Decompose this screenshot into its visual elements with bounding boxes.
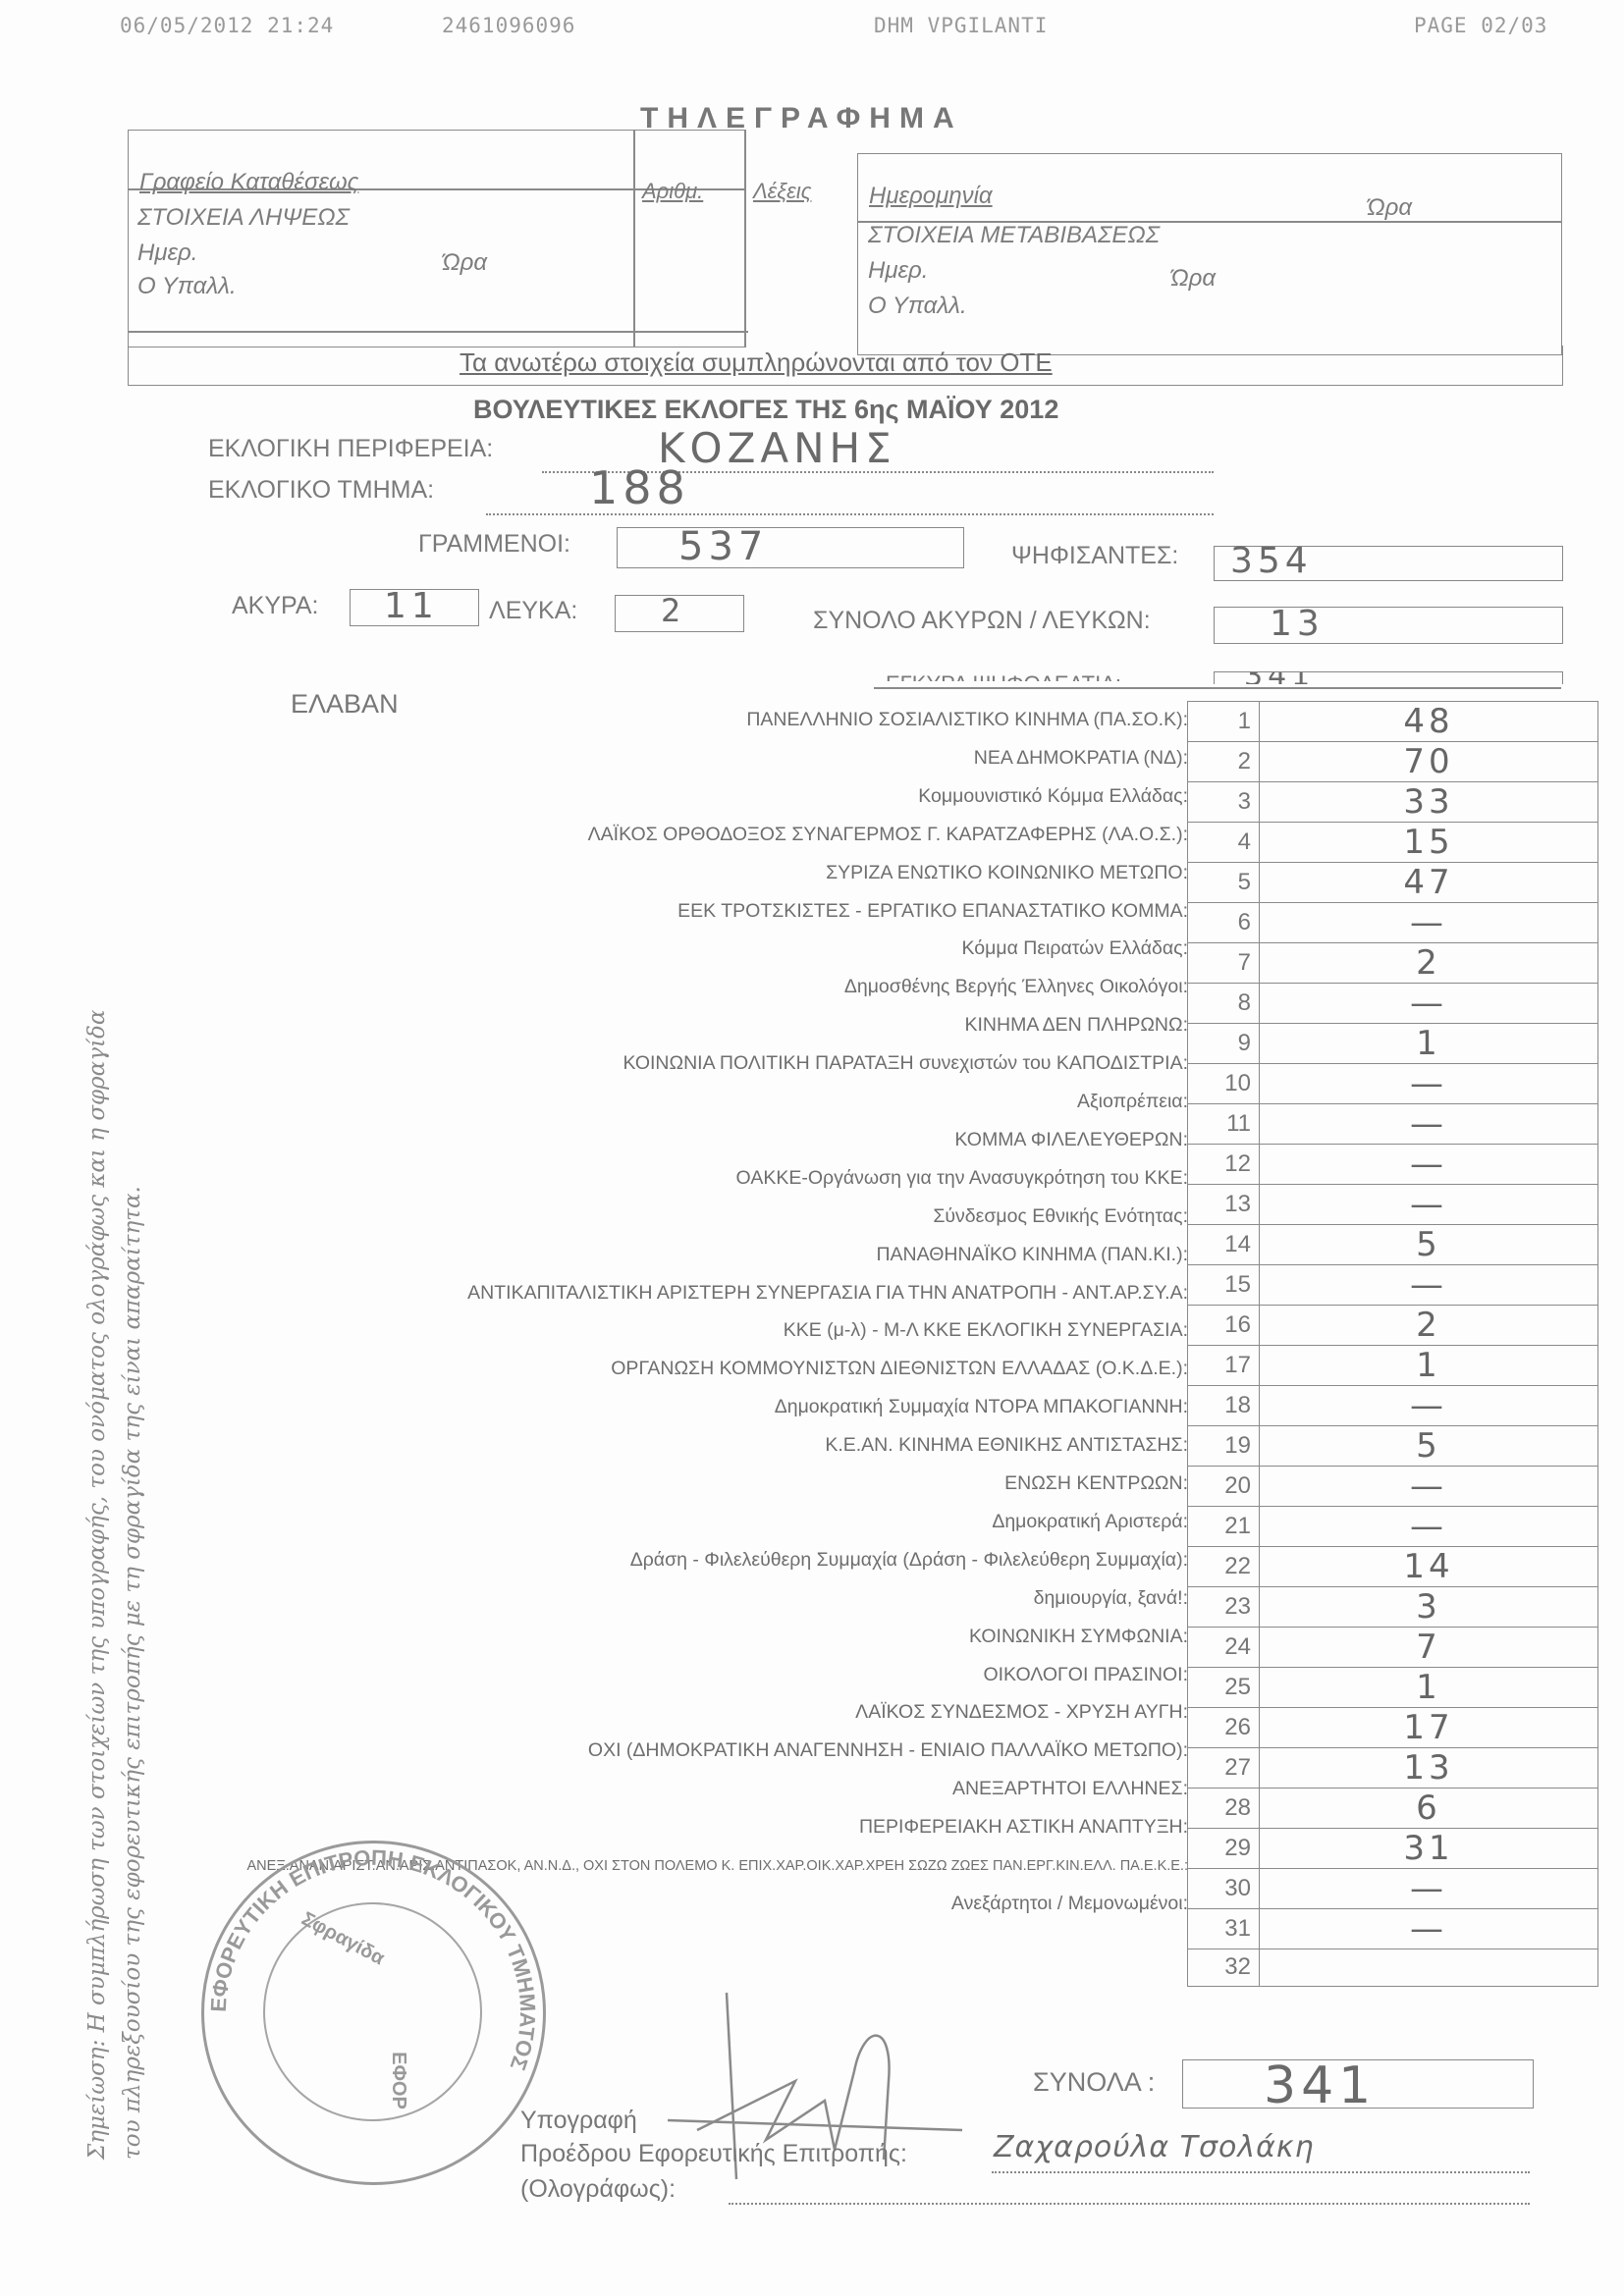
invalid-value: 11 [384,586,439,626]
party-votes[interactable]: 2 [1260,1306,1598,1346]
party-votes[interactable]: 7 [1260,1628,1598,1668]
valid-value: 341 [1244,671,1315,684]
fax-sender: DHM VPGILANTI [874,14,1048,37]
invalid-field[interactable]: 11 [350,589,479,626]
transmit-date-label: Ημερ. [868,257,928,285]
president-name-handwritten[interactable]: Ζαχαρούλα Τσολάκη [994,2130,1315,2164]
party-number: 21 [1188,1507,1260,1547]
received-label: ΕΛΑΒΑΝ [291,689,399,720]
totals-field[interactable]: 341 [1182,2059,1534,2109]
table-row: 415 [1188,823,1598,863]
party-name: ΟΑΚΚΕ-Οργάνωση για την Ανασυγκρότηση του… [736,1167,1188,1190]
party-votes[interactable]: — [1260,1185,1598,1225]
registered-field[interactable]: 537 [617,527,964,568]
party-number: 27 [1188,1748,1260,1789]
party-number: 23 [1188,1587,1260,1628]
party-votes[interactable]: — [1260,1507,1598,1547]
transmit-title: ΣΤΟΙΧΕΙΑ ΜΕΤΑΒΙΒΑΣΕΩΣ [868,222,1160,249]
party-number: 18 [1188,1386,1260,1426]
table-row: 30— [1188,1869,1598,1909]
results-table: 1482703334155476—728—9110—11—12—13—14515… [1187,701,1598,1987]
table-row: 21— [1188,1507,1598,1547]
table-row: 15— [1188,1265,1598,1306]
party-number: 31 [1188,1909,1260,1949]
side-note-line-1: Σημείωση: Η συμπλήρωση των στοιχείων της… [84,1010,110,2160]
party-name: ΛΑΪΚΟΣ ΟΡΘΟΔΟΞΟΣ ΣΥΝΑΓΕΡΜΟΣ Γ. ΚΑΡΑΤΖΑΦΕ… [588,824,1188,846]
party-name: ΕΝΩΣΗ ΚΕΝΤΡΩΩΝ: [1004,1472,1188,1495]
party-votes[interactable]: 33 [1260,782,1598,823]
party-number: 32 [1188,1949,1260,1987]
party-votes[interactable]: 5 [1260,1426,1598,1467]
official-stamp: Σφραγίδα ΕΦΟΡ ΕΦΟΡΕΥΤΙΚΗ ΕΠΙΤΡΟΠΗ ΕΚΛΟΓΙ… [201,1841,546,2185]
party-name: ΠΑΝΑΘΗΝΑΪΚΟ ΚΙΝΗΜΑ (ΠΑΝ.ΚΙ.): [876,1244,1188,1266]
blank-field[interactable]: 2 [615,595,744,632]
party-votes[interactable]: 13 [1260,1748,1598,1789]
party-votes[interactable]: — [1260,1145,1598,1185]
party-name: ΛΑΪΚΟΣ ΣΥΝΔΕΣΜΟΣ - ΧΡΥΣΗ ΑΥΓΗ: [855,1701,1188,1724]
party-votes[interactable]: 2 [1260,943,1598,984]
blank-value: 2 [661,592,685,629]
party-number: 2 [1188,742,1260,782]
fax-datetime: 06/05/2012 21:24 [120,14,334,37]
party-number: 11 [1188,1104,1260,1145]
party-votes[interactable]: — [1260,1869,1598,1909]
table-row: 8— [1188,984,1598,1024]
stamp-ring-text-icon: ΕΦΟΡΕΥΤΙΚΗ ΕΠΙΤΡΟΠΗ ΕΚΛΟΓΙΚΟΥ ΤΜΗΜΑΤΟΣ [204,1843,543,2182]
party-votes[interactable]: 15 [1260,823,1598,863]
party-number: 4 [1188,823,1260,863]
party-name: ΟΧΙ (ΔΗΜΟΚΡΑΤΙΚΗ ΑΝΑΓΕΝΝΗΣΗ - ΕΝΙΑΙΟ ΠΑΛ… [588,1739,1188,1762]
region-label: ΕΚΛΟΓΙΚΗ ΠΕΡΙΦΕΡΕΙΑ: [208,435,493,463]
party-votes[interactable]: 1 [1260,1346,1598,1386]
time-label: Ώρα [1367,194,1412,222]
table-row: 6— [1188,903,1598,943]
table-row: 547 [1188,863,1598,903]
party-number: 16 [1188,1306,1260,1346]
receipt-clerk-label: Ο Υπαλλ. [137,273,237,300]
receipt-title: ΣΤΟΙΧΕΙΑ ΛΗΨΕΩΣ [137,204,350,232]
party-votes[interactable]: — [1260,1467,1598,1507]
table-row: 333 [1188,782,1598,823]
party-number: 30 [1188,1869,1260,1909]
svg-text:ΕΦΟΡΕΥΤΙΚΗ ΕΠΙΤΡΟΠΗ ΕΚΛΟΓΙΚΟΥ: ΕΦΟΡΕΥΤΙΚΗ ΕΠΙΤΡΟΠΗ ΕΚΛΟΓΙΚΟΥ ΤΜΗΜΑΤΟΣ [206,1845,540,2073]
party-votes[interactable]: — [1260,1909,1598,1949]
party-number: 5 [1188,863,1260,903]
party-name: ΟΡΓΑΝΩΣΗ ΚΟΜΜΟΥΝΙΣΤΩΝ ΔΙΕΘΝΙΣΤΩΝ ΕΛΛΑΔΑΣ… [611,1358,1188,1380]
elections-title: ΒΟΥΛΕΥΤΙΚΕΣ ΕΚΛΟΓΕΣ ΤΗΣ 6ης ΜΑΪΟΥ 2012 [473,395,1058,425]
party-votes[interactable]: 6 [1260,1789,1598,1829]
voted-value: 354 [1230,541,1313,581]
party-number: 13 [1188,1185,1260,1225]
party-number: 20 [1188,1467,1260,1507]
party-name: ΚΚΕ (μ-λ) - Μ-Λ ΚΚΕ ΕΚΛΟΓΙΚΗ ΣΥΝΕΡΓΑΣΙΑ: [784,1319,1188,1342]
receipt-time-label: Ώρα [442,249,487,277]
party-number: 6 [1188,903,1260,943]
party-name: ΚΙΝΗΜΑ ΔΕΝ ΠΛΗΡΩΝΩ: [965,1014,1189,1037]
party-name: ΚΟΙΝΩΝΙΑ ΠΟΛΙΤΙΚΗ ΠΑΡΑΤΑΞΗ συνεχιστών το… [623,1052,1188,1075]
party-votes[interactable]: 1 [1260,1668,1598,1708]
party-name: Κόμμα Πειρατών Ελλάδας: [962,937,1189,960]
party-number: 19 [1188,1426,1260,1467]
party-name: Δράση - Φιλελεύθερη Συμμαχία (Δράση - Φι… [630,1549,1188,1572]
party-name: Δημοκρατική Συμμαχία ΝΤΟΡΑ ΜΠΑΚΟΓΙΑΝΝΗ: [775,1396,1188,1418]
party-number: 22 [1188,1547,1260,1587]
voted-label: ΨΗΦΙΣΑΝΤΕΣ: [1011,542,1178,570]
table-row: 18— [1188,1386,1598,1426]
table-row: 12— [1188,1145,1598,1185]
party-number: 25 [1188,1668,1260,1708]
party-number: 14 [1188,1225,1260,1265]
totals-label: ΣΥΝΟΛΑ : [1033,2067,1155,2098]
table-row: 2931 [1188,1829,1598,1869]
party-votes[interactable]: — [1260,1064,1598,1104]
table-row: 251 [1188,1668,1598,1708]
table-row: 72 [1188,943,1598,984]
party-votes[interactable]: 3 [1260,1587,1598,1628]
party-name: δημιουργία, ξανά!: [1034,1587,1188,1610]
table-row: 31— [1188,1909,1598,1949]
registered-value: 537 [678,524,768,569]
table-row: 2214 [1188,1547,1598,1587]
date-label: Ημερομηνία [869,183,993,210]
transmit-time-label: Ώρα [1170,265,1216,293]
party-name: Σύνδεσμος Εθνικής Ενότητας: [933,1205,1188,1228]
party-votes[interactable]: 17 [1260,1708,1598,1748]
party-name: Αξιοπρέπεια: [1077,1091,1188,1113]
receipt-date-label: Ημερ. [137,240,197,267]
party-votes[interactable] [1260,1949,1598,1987]
party-name: ΠΑΝΕΛΛΗΝΙΟ ΣΟΣΙΑΛΙΣΤΙΚΟ ΚΙΝΗΜΑ (ΠΑ.ΣΟ.Κ)… [746,709,1188,731]
party-votes[interactable]: — [1260,1104,1598,1145]
party-name: ΑΝΤΙΚΑΠΙΤΑΛΙΣΤΙΚΗ ΑΡΙΣΤΕΡΗ ΣΥΝΕΡΓΑΣΙΑ ΓΙ… [467,1282,1188,1305]
table-row: 270 [1188,742,1598,782]
table-row: 148 [1188,702,1598,742]
party-votes[interactable]: 31 [1260,1829,1598,1869]
party-votes[interactable]: — [1260,903,1598,943]
party-votes[interactable]: 1 [1260,1024,1598,1064]
party-name: ΑΝΕΞΑΡΤΗΤΟΙ ΕΛΛΗΝΕΣ: [952,1778,1188,1800]
party-votes[interactable]: — [1260,1265,1598,1306]
party-number: 12 [1188,1145,1260,1185]
invalid-blank-total-label: ΣΥΝΟΛΟ ΑΚΥΡΩΝ / ΛΕΥΚΩΝ: [813,607,1151,635]
party-name: ΝΕΑ ΔΗΜΟΚΡΑΤΙΑ (ΝΔ): [974,747,1188,770]
party-number: 10 [1188,1064,1260,1104]
party-number: 17 [1188,1346,1260,1386]
full-name-label: (Ολογράφως): [520,2175,676,2204]
valid-field[interactable]: 341 [1214,671,1563,684]
table-row: 195 [1188,1426,1598,1467]
party-number: 28 [1188,1789,1260,1829]
fax-page: PAGE 02/03 [1414,14,1547,37]
region-value[interactable]: ΚΟΖΑΝΗΣ [658,424,896,472]
party-votes[interactable]: 47 [1260,863,1598,903]
valid-label: ΕΓΚΥΡΑ ΨΗΦΟΔΕΛΤΙΑ: [886,667,1121,681]
party-votes[interactable]: 14 [1260,1547,1598,1587]
table-row: 2617 [1188,1708,1598,1748]
party-name: Κ.Ε.ΑΝ. ΚΙΝΗΜΑ ΕΘΝΙΚΗΣ ΑΝΤΙΣΤΑΣΗΣ: [825,1434,1188,1457]
table-row: 162 [1188,1306,1598,1346]
party-number: 9 [1188,1024,1260,1064]
table-row: 145 [1188,1225,1598,1265]
party-name: ΚΟΜΜΑ ΦΙΛΕΛΕΥΘΕΡΩΝ: [954,1129,1188,1151]
party-number: 1 [1188,702,1260,742]
table-row: 13— [1188,1185,1598,1225]
table-row: 233 [1188,1587,1598,1628]
invalid-blank-total-field[interactable]: 13 [1214,607,1563,644]
party-number: 29 [1188,1829,1260,1869]
table-row: 10— [1188,1064,1598,1104]
fax-phone: 2461096096 [442,14,575,37]
section-value[interactable]: 188 [589,461,690,514]
party-name: ΚΟΙΝΩΝΙΚΗ ΣΥΜΦΩΝΙΑ: [969,1626,1188,1648]
party-name: ΣΥΡΙΖΑ ΕΝΩΤΙΚΟ ΚΟΙΝΩΝΙΚΟ ΜΕΤΩΠΟ: [826,862,1188,884]
invalid-blank-total-value: 13 [1270,604,1325,644]
party-name: Δημοσθένης Βεργής Έλληνες Οικολόγοι: [844,976,1188,998]
invalid-label: ΑΚΥΡΑ: [232,592,318,620]
office-label: Γραφείο Καταθέσεως [139,169,358,196]
table-row: 171 [1188,1346,1598,1386]
party-votes[interactable]: 70 [1260,742,1598,782]
party-number: 7 [1188,943,1260,984]
party-name: ΠΕΡΙΦΕΡΕΙΑΚΗ ΑΣΤΙΚΗ ΑΝΑΠΤΥΞΗ: [859,1816,1188,1839]
voted-field[interactable]: 354 [1214,546,1563,581]
blank-label: ΛΕΥΚΑ: [489,597,577,625]
party-votes[interactable]: 5 [1260,1225,1598,1265]
party-votes[interactable]: — [1260,1386,1598,1426]
table-row: 32 [1188,1949,1598,1987]
table-row: 247 [1188,1628,1598,1668]
totals-value: 341 [1264,2056,1376,2115]
party-name: Ανεξάρτητοι / Μεμονωμένοι: [951,1893,1188,1915]
party-name: ΟΙΚΟΛΟΓΟΙ ΠΡΑΣΙΝΟΙ: [983,1664,1188,1686]
party-number: 15 [1188,1265,1260,1306]
party-number: 24 [1188,1628,1260,1668]
party-name: ΕΕΚ ΤΡΟΤΣΚΙΣΤΕΣ - ΕΡΓΑΤΙΚΟ ΕΠΑΝΑΣΤΑΤΙΚΟ … [677,900,1188,923]
party-votes[interactable]: 48 [1260,702,1598,742]
table-row: 20— [1188,1467,1598,1507]
party-number: 3 [1188,782,1260,823]
transmit-clerk-label: Ο Υπαλλ. [868,293,967,320]
party-number: 26 [1188,1708,1260,1748]
table-row: 11— [1188,1104,1598,1145]
words-label: Λέξεις [753,179,811,204]
side-note-line-2: του πληρεξουσίου της εφορευτικής επιτροπ… [120,1186,145,2160]
ote-note: Τα ανωτέρω στοιχεία συμπληρώνονται από τ… [460,347,1053,378]
party-votes[interactable]: — [1260,984,1598,1024]
section-label: ΕΚΛΟΓΙΚΟ ΤΜΗΜΑ: [208,476,434,505]
party-name: Κομμουνιστικό Κόμμα Ελλάδας: [918,785,1188,808]
table-row: 2713 [1188,1748,1598,1789]
party-number: 8 [1188,984,1260,1024]
telegram-left-box [128,130,746,347]
registered-label: ΓΡΑΜΜΕΝΟΙ: [418,530,570,559]
party-name: Δημοκρατική Αριστερά: [992,1511,1188,1533]
table-row: 286 [1188,1789,1598,1829]
number-label: Αριθμ. [642,179,703,204]
president-label: Προέδρου Εφορευτικής Επιτροπής: [520,2140,907,2168]
table-row: 91 [1188,1024,1598,1064]
